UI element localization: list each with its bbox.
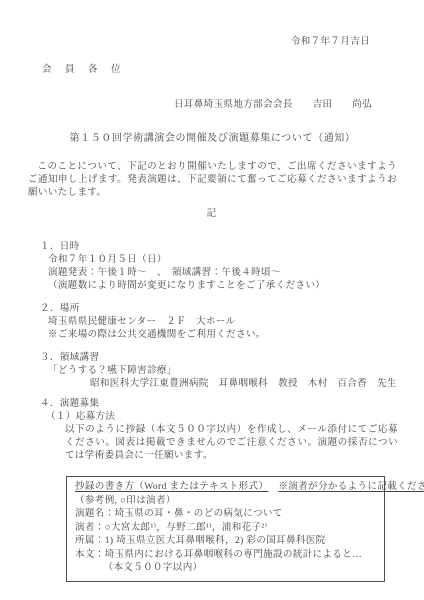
section-call-heading: ４．演題募集 [40,398,397,411]
speaker-note-label: ※演者が分かるように記載ください [278,482,424,492]
document-title: 第１５０回学術講演会の開催及び演題募集について（通知） [28,132,397,145]
abstract-example-title: 演題名：埼玉県の耳・鼻・のどの病気について [75,508,376,522]
datetime-note: （演題数により時間が変更になりますことをご了承ください） [48,280,397,293]
section-call-for-papers: ４．演題募集 （１）応募方法 以下のように抄録（本文５００字以内）を作成し、メー… [28,398,397,463]
sender-line: 日耳鼻埼玉県地方部会会長 吉田 尚弘 [28,99,397,112]
abstract-example-speakers: 演者：○大宮太郎¹⁾，与野二郎¹⁾，浦和花子²⁾ [75,522,376,536]
training-title: 「どうする？嚥下障害診療」 [48,365,397,378]
abstract-format-label: 抄録の書き方（Word またはテキスト形式） [75,482,268,492]
abstract-box-title: 抄録の書き方（Word またはテキスト形式）※演者が分かるように記載ください [75,481,376,495]
application-method-heading: （１）応募方法 [46,411,397,424]
section-venue-heading: ２．場所 [40,303,397,316]
section-training: ３．領域講習 「どうする？嚥下障害診療」 昭和医科大学江東豊洲病院 耳鼻咽喉科 … [28,352,397,391]
abstract-example-box: 抄録の書き方（Word またはテキスト形式）※演者が分かるように記載ください （… [66,476,385,582]
venue-name: 埼玉県県民健康センター ２Ｆ 大ホール [48,316,397,329]
abstract-example-body: 本文：埼玉県内における耳鼻咽喉科の専門施設の統計によると… [75,549,376,563]
venue-note: ※ご来場の際は公共交通機関をご利用ください。 [48,329,397,342]
date-line: 令和７年７月吉日 [28,36,397,49]
intro-paragraph: このことについて、下記のとおり開催いたしますので、ご出席くださいますようご通知申… [28,161,397,200]
abstract-example-affiliations: 所属：1) 埼玉県立医大耳鼻咽喉科，2) 彩の国耳鼻科医院 [75,535,376,549]
abstract-reference-note: （参考例, ○印は演者） [75,495,376,509]
section-training-heading: ３．領域講習 [40,352,397,365]
recipient-line: 会 員 各 位 [42,64,397,77]
training-lecturer: 昭和医科大学江東豊洲病院 耳鼻咽喉科 教授 木村 百合香 先生 [90,378,397,391]
abstract-example-limit: （本文５００字以内） [75,562,376,576]
record-mark: 記 [28,208,397,221]
section-datetime: １．日時 令和７年１０月５日（日） 演題発表：午後１時～ 、 領域講習：午後４時… [28,241,397,293]
section-venue: ２．場所 埼玉県県民健康センター ２Ｆ 大ホール ※ご来場の際は公共交通機関をご… [28,303,397,342]
application-method-body: 以下のように抄録（本文５００字以内）を作成し、メール添付にてご応募ください。図表… [65,424,398,463]
document-page: 令和７年７月吉日 会 員 各 位 日耳鼻埼玉県地方部会会長 吉田 尚弘 第１５０… [0,0,424,600]
datetime-schedule: 演題発表：午後１時～ 、 領域講習：午後４時頃～ [48,267,397,280]
datetime-date: 令和７年１０月５日（日） [48,254,397,267]
section-datetime-heading: １．日時 [40,241,397,254]
